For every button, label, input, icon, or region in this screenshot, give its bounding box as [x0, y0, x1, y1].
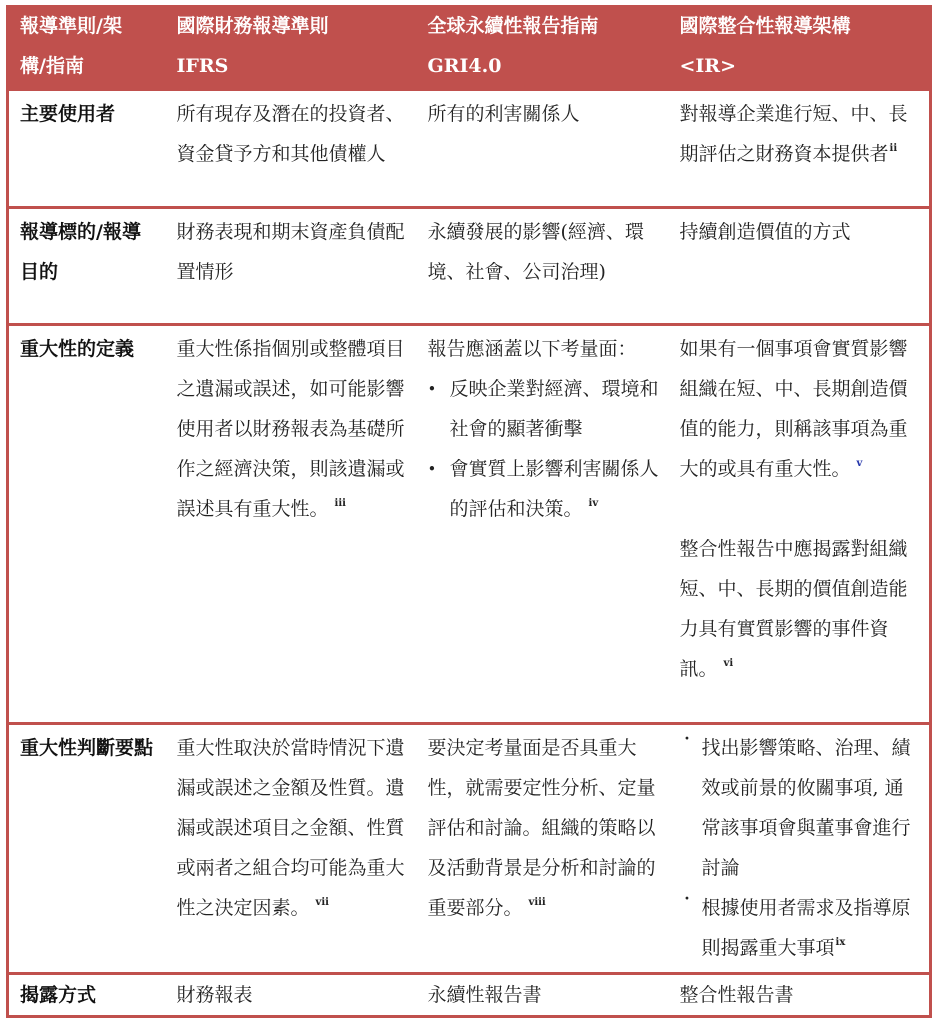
header-ifrs: 國際財務報導準則 IFRS: [166, 5, 417, 90]
cell-paragraph: 整合性報告中應揭露對組織短、中、長期的價值創造能力具有實質影響的事件資訊。vi: [680, 529, 922, 689]
bullet-item: 反映企業對經濟、環境和社會的顯著衝擊: [428, 369, 661, 449]
cell-gri: 報告應涵蓋以下考量面： 反映企業對經濟、環境和社會的顯著衝擊 會實質上影響利害關…: [417, 325, 669, 724]
row-label: 重大性的定義: [8, 325, 166, 724]
cell-gri: 要決定考量面是否具重大性，就需要定性分析、定量評估和討論。組織的策略以及活動背景…: [417, 724, 669, 974]
header-gri-abbr: GRI4.0: [428, 46, 661, 86]
footnote-ref[interactable]: vii: [316, 897, 329, 908]
footnote-ref[interactable]: ii: [890, 143, 898, 154]
bullet-text: 反映企業對經濟、環境和社會的顯著衝擊: [450, 378, 659, 440]
bullet-text: 會實質上影響利害關係人的評估和決策。: [450, 458, 659, 520]
paragraph-gap: [680, 489, 922, 529]
cell-text: 對報導企業進行短、中、長期評估之財務資本提供者: [680, 103, 908, 165]
bullet-text: 找出影響策略、治理、績效或前景的攸關事項, 通常該事項會與董事會進行討論: [702, 737, 911, 879]
bullet-text: 根據使用者需求及指導原則揭露重大事項: [702, 897, 911, 959]
header-gri-title: 全球永續性報告指南: [428, 15, 599, 37]
footnote-ref[interactable]: iii: [335, 498, 346, 509]
table-row-materiality-judgment: 重大性判斷要點 重大性取決於當時情況下遺漏或誤述之金額及性質。遺漏或誤述項目之金…: [8, 724, 931, 974]
footnote-ref[interactable]: v: [857, 458, 863, 469]
cell-text: 要決定考量面是否具重大性，就需要定性分析、定量評估和討論。組織的策略以及活動背景…: [428, 737, 656, 919]
bullet-list: 找出影響策略、治理、績效或前景的攸關事項, 通常該事項會與董事會進行討論 根據使…: [680, 728, 922, 968]
cell-text: 財務報表: [177, 984, 253, 1006]
cell-ir: 找出影響策略、治理、績效或前景的攸關事項, 通常該事項會與董事會進行討論 根據使…: [669, 724, 931, 974]
header-framework-line1: 報導準則/架: [20, 15, 122, 37]
row-label: 重大性判斷要點: [8, 724, 166, 974]
cell-ifrs: 財務表現和期末資產負債配置情形: [166, 208, 417, 325]
cell-text: 所有的利害關係人: [428, 103, 580, 125]
reporting-frameworks-comparison-table: 報導準則/架 構/指南 國際財務報導準則 IFRS 全球永續性報告指南 GRI4…: [6, 5, 932, 1018]
header-row: 報導準則/架 構/指南 國際財務報導準則 IFRS 全球永續性報告指南 GRI4…: [8, 5, 931, 90]
cell-text: 持續創造價值的方式: [680, 221, 851, 243]
footnote-ref[interactable]: vi: [724, 658, 734, 669]
cell-text: 財務表現和期末資產負債配置情形: [177, 221, 405, 283]
header-ir-abbr: <IR>: [680, 46, 922, 86]
cell-gri: 所有的利害關係人: [417, 90, 669, 208]
cell-text: 整合性報告中應揭露對組織短、中、長期的價值創造能力具有實質影響的事件資訊。: [680, 538, 908, 680]
header-ir-title: 國際整合性報導架構: [680, 15, 851, 37]
header-ifrs-title: 國際財務報導準則: [177, 15, 329, 37]
table-row-materiality-definition: 重大性的定義 重大性係指個別或整體項目之遺漏或誤述，如可能影響使用者以財務報表為…: [8, 325, 931, 724]
cell-text: 重大性取決於當時情況下遺漏或誤述之金額及性質。遺漏或誤述項目之金額、性質或兩者之…: [177, 737, 405, 919]
cell-ifrs: 重大性取決於當時情況下遺漏或誤述之金額及性質。遺漏或誤述項目之金額、性質或兩者之…: [166, 724, 417, 974]
cell-ir: 整合性報告書: [669, 974, 931, 1017]
header-ir: 國際整合性報導架構 <IR>: [669, 5, 931, 90]
cell-ir: 對報導企業進行短、中、長期評估之財務資本提供者ii: [669, 90, 931, 208]
cell-intro: 報告應涵蓋以下考量面：: [428, 329, 661, 369]
cell-text: 重大性係指個別或整體項目之遺漏或誤述，如可能影響使用者以財務報表為基礎所作之經濟…: [177, 338, 405, 520]
bullet-item: 會實質上影響利害關係人的評估和決策。iv: [428, 449, 661, 529]
row-label: 揭露方式: [8, 974, 166, 1017]
header-framework: 報導準則/架 構/指南: [8, 5, 166, 90]
footnote-ref[interactable]: ix: [836, 937, 846, 948]
cell-paragraph: 如果有一個事項會實質影響組織在短、中、長期創造價值的能力，則稱該事項為重大的或具…: [680, 329, 922, 489]
cell-ifrs: 所有現存及潛在的投資者、資金貸予方和其他債權人: [166, 90, 417, 208]
cell-ir: 如果有一個事項會實質影響組織在短、中、長期創造價值的能力，則稱該事項為重大的或具…: [669, 325, 931, 724]
cell-gri: 永續性報告書: [417, 974, 669, 1017]
table-row-disclosure-method: 揭露方式 財務報表 永續性報告書 整合性報告書: [8, 974, 931, 1017]
bullet-item: 找出影響策略、治理、績效或前景的攸關事項, 通常該事項會與董事會進行討論: [680, 728, 922, 888]
cell-gri: 永續發展的影響(經濟、環境、社會、公司治理): [417, 208, 669, 325]
cell-text: 所有現存及潛在的投資者、資金貸予方和其他債權人: [177, 103, 405, 165]
cell-text: 如果有一個事項會實質影響組織在短、中、長期創造價值的能力，則稱該事項為重大的或具…: [680, 338, 908, 480]
cell-text: 永續發展的影響(經濟、環境、社會、公司治理): [428, 221, 644, 283]
footnote-ref[interactable]: iv: [589, 498, 599, 509]
footnote-ref[interactable]: viii: [529, 897, 546, 908]
row-label: 主要使用者: [8, 90, 166, 208]
bullet-list: 反映企業對經濟、環境和社會的顯著衝擊 會實質上影響利害關係人的評估和決策。iv: [428, 369, 661, 529]
header-ifrs-abbr: IFRS: [177, 46, 409, 86]
cell-ir: 持續創造價值的方式: [669, 208, 931, 325]
cell-text: 整合性報告書: [680, 984, 794, 1006]
header-gri: 全球永續性報告指南 GRI4.0: [417, 5, 669, 90]
cell-text: 永續性報告書: [428, 984, 542, 1006]
row-label: 報導標的/報導目的: [8, 208, 166, 325]
cell-ifrs: 重大性係指個別或整體項目之遺漏或誤述，如可能影響使用者以財務報表為基礎所作之經濟…: [166, 325, 417, 724]
header-framework-line2: 構/指南: [20, 55, 84, 77]
table-row-primary-users: 主要使用者 所有現存及潛在的投資者、資金貸予方和其他債權人 所有的利害關係人 對…: [8, 90, 931, 208]
cell-ifrs: 財務報表: [166, 974, 417, 1017]
table-row-reporting-objective: 報導標的/報導目的 財務表現和期末資產負債配置情形 永續發展的影響(經濟、環境、…: [8, 208, 931, 325]
bullet-item: 根據使用者需求及指導原則揭露重大事項ix: [680, 888, 922, 968]
